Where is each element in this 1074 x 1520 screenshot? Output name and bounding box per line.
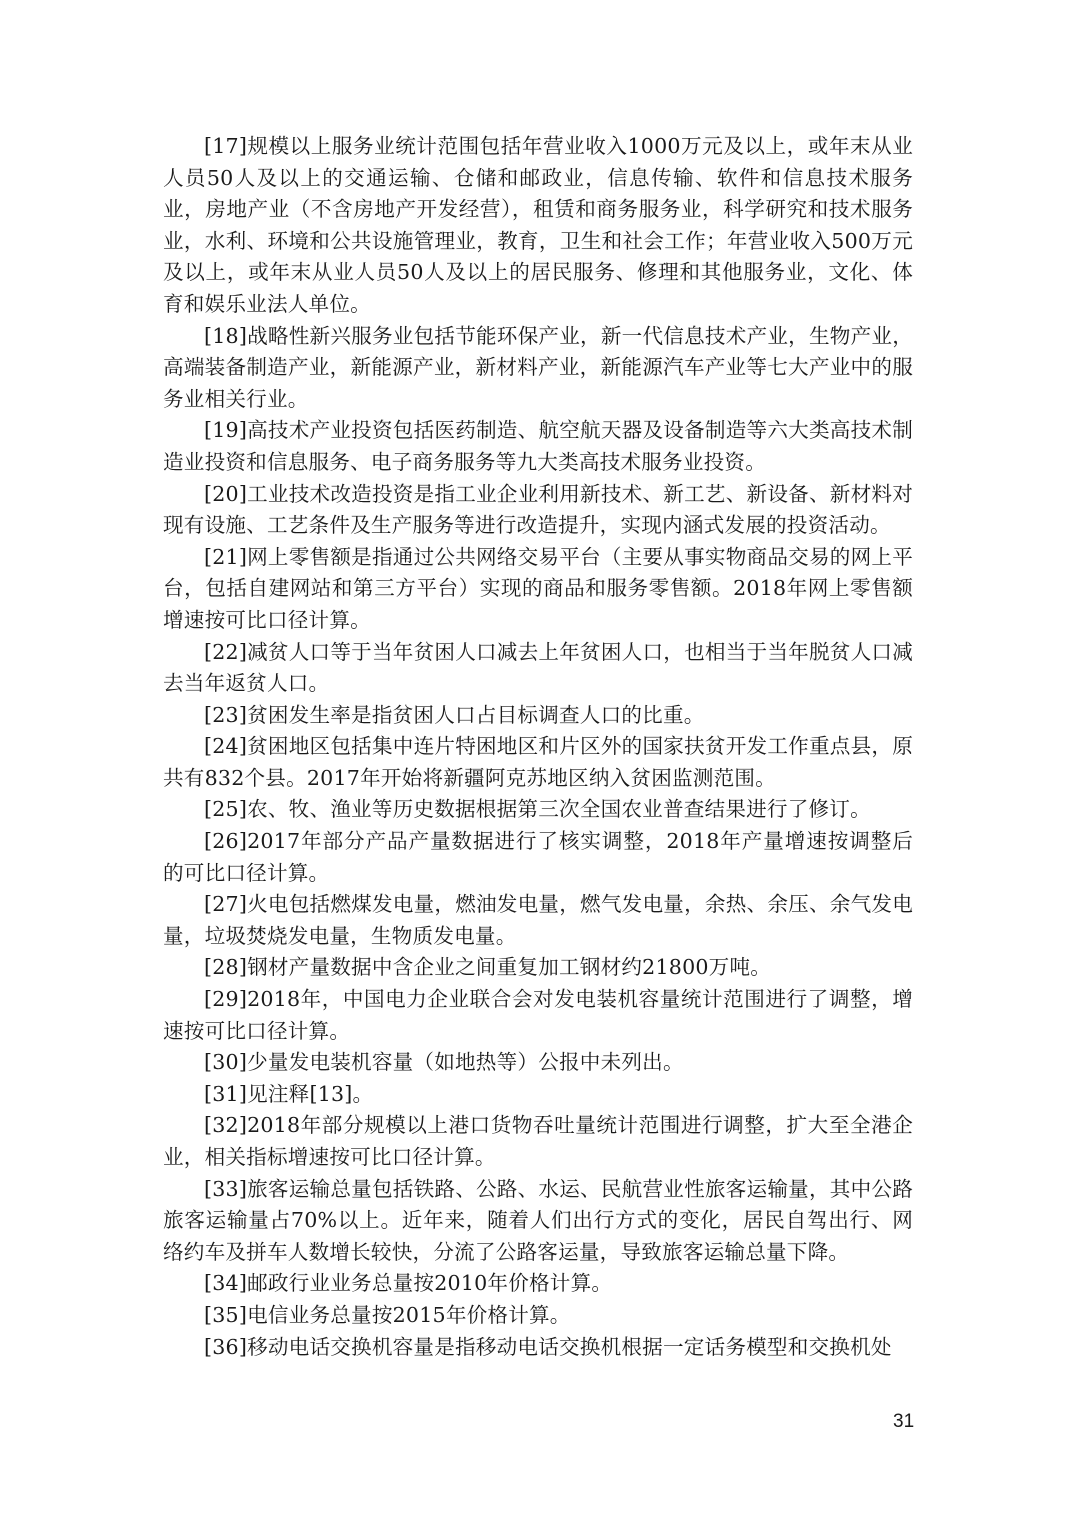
note-id: [19] [204, 418, 247, 442]
note-id: [34] [204, 1271, 247, 1295]
footnote-22: [22]减贫人口等于当年贫困人口减去上年贫困人口，也相当于当年脱贫人口减去当年返… [163, 637, 913, 700]
footnote-32: [32]2018年部分规模以上港口货物吞吐量统计范围进行调整，扩大至全港企业，相… [163, 1110, 913, 1173]
footnote-34: [34]邮政行业业务总量按2010年价格计算。 [163, 1268, 913, 1300]
note-id: [30] [204, 1050, 247, 1074]
footnote-20: [20]工业技术改造投资是指工业企业利用新技术、新工艺、新设备、新材料对现有设施… [163, 479, 913, 542]
note-id: [32] [204, 1113, 247, 1137]
note-id: [33] [204, 1177, 247, 1201]
footnote-31: [31]见注释[13]。 [163, 1079, 913, 1111]
note-id: [36] [204, 1335, 247, 1359]
note-id: [27] [204, 892, 247, 916]
footnote-30: [30]少量发电装机容量（如地热等）公报中未列出。 [163, 1047, 913, 1079]
footnote-33: [33]旅客运输总量包括铁路、公路、水运、民航营业性旅客运输量，其中公路旅客运输… [163, 1174, 913, 1269]
note-id: [17] [204, 134, 247, 158]
note-text: 少量发电装机容量（如地热等）公报中未列出。 [247, 1050, 684, 1074]
note-id: [25] [204, 797, 247, 821]
note-text: 2017年部分产品产量数据进行了核实调整，2018年产量增速按调整后的可比口径计… [163, 829, 913, 885]
note-id: [18] [204, 324, 247, 348]
note-text: 见注释[13]。 [247, 1082, 373, 1106]
note-text: 农、牧、渔业等历史数据根据第三次全国农业普查结果进行了修订。 [247, 797, 871, 821]
note-text: 贫困发生率是指贫困人口占目标调查人口的比重。 [247, 703, 704, 727]
footnote-29: [29]2018年，中国电力企业联合会对发电装机容量统计范围进行了调整，增速按可… [163, 984, 913, 1047]
note-id: [31] [204, 1082, 247, 1106]
note-text: 旅客运输总量包括铁路、公路、水运、民航营业性旅客运输量，其中公路旅客运输量占70… [163, 1177, 913, 1264]
note-text: 火电包括燃煤发电量，燃油发电量，燃气发电量，余热、余压、余气发电量，垃圾焚烧发电… [163, 892, 913, 948]
page-number: 31 [893, 1411, 914, 1433]
note-id: [35] [204, 1303, 247, 1327]
document-page: [17]规模以上服务业统计范围包括年营业收入1000万元及以上，或年末从业人员5… [163, 131, 913, 1363]
footnote-21: [21]网上零售额是指通过公共网络交易平台（主要从事实物商品交易的网上平台，包括… [163, 542, 913, 637]
note-text: 贫困地区包括集中连片特困地区和片区外的国家扶贫开发工作重点县，原共有832个县。… [163, 734, 913, 790]
footnote-27: [27]火电包括燃煤发电量，燃油发电量，燃气发电量，余热、余压、余气发电量，垃圾… [163, 889, 913, 952]
footnote-28: [28]钢材产量数据中含企业之间重复加工钢材约21800万吨。 [163, 952, 913, 984]
footnote-23: [23]贫困发生率是指贫困人口占目标调查人口的比重。 [163, 700, 913, 732]
footnote-19: [19]高技术产业投资包括医药制造、航空航天器及设备制造等六大类高技术制造业投资… [163, 415, 913, 478]
note-text: 2018年部分规模以上港口货物吞吐量统计范围进行调整，扩大至全港企业，相关指标增… [163, 1113, 913, 1169]
note-text: 工业技术改造投资是指工业企业利用新技术、新工艺、新设备、新材料对现有设施、工艺条… [163, 482, 913, 538]
note-id: [23] [204, 703, 247, 727]
note-id: [28] [204, 955, 247, 979]
note-id: [22] [204, 640, 247, 664]
note-text: 钢材产量数据中含企业之间重复加工钢材约21800万吨。 [247, 955, 771, 979]
note-text: 高技术产业投资包括医药制造、航空航天器及设备制造等六大类高技术制造业投资和信息服… [163, 418, 913, 474]
footnote-35: [35]电信业务总量按2015年价格计算。 [163, 1300, 913, 1332]
footnote-26: [26]2017年部分产品产量数据进行了核实调整，2018年产量增速按调整后的可… [163, 826, 913, 889]
footnote-36: [36]移动电话交换机容量是指移动电话交换机根据一定话务模型和交换机处 [163, 1332, 913, 1364]
note-text: 邮政行业业务总量按2010年价格计算。 [247, 1271, 612, 1295]
footnote-18: [18]战略性新兴服务业包括节能环保产业，新一代信息技术产业，生物产业，高端装备… [163, 321, 913, 416]
footnote-24: [24]贫困地区包括集中连片特困地区和片区外的国家扶贫开发工作重点县，原共有83… [163, 731, 913, 794]
note-text: 战略性新兴服务业包括节能环保产业，新一代信息技术产业，生物产业，高端装备制造产业… [163, 324, 913, 411]
note-text: 2018年，中国电力企业联合会对发电装机容量统计范围进行了调整，增速按可比口径计… [163, 987, 913, 1043]
note-text: 网上零售额是指通过公共网络交易平台（主要从事实物商品交易的网上平台，包括自建网站… [163, 545, 913, 632]
note-id: [20] [204, 482, 247, 506]
note-id: [21] [204, 545, 247, 569]
note-id: [24] [204, 734, 247, 758]
footnote-17: [17]规模以上服务业统计范围包括年营业收入1000万元及以上，或年末从业人员5… [163, 131, 913, 321]
note-text: 规模以上服务业统计范围包括年营业收入1000万元及以上，或年末从业人员50人及以… [163, 134, 913, 316]
note-id: [29] [204, 987, 247, 1011]
note-text: 减贫人口等于当年贫困人口减去上年贫困人口，也相当于当年脱贫人口减去当年返贫人口。 [163, 640, 913, 696]
note-text: 电信业务总量按2015年价格计算。 [247, 1303, 571, 1327]
note-id: [26] [204, 829, 247, 853]
note-text: 移动电话交换机容量是指移动电话交换机根据一定话务模型和交换机处 [247, 1335, 892, 1359]
footnote-25: [25]农、牧、渔业等历史数据根据第三次全国农业普查结果进行了修订。 [163, 794, 913, 826]
